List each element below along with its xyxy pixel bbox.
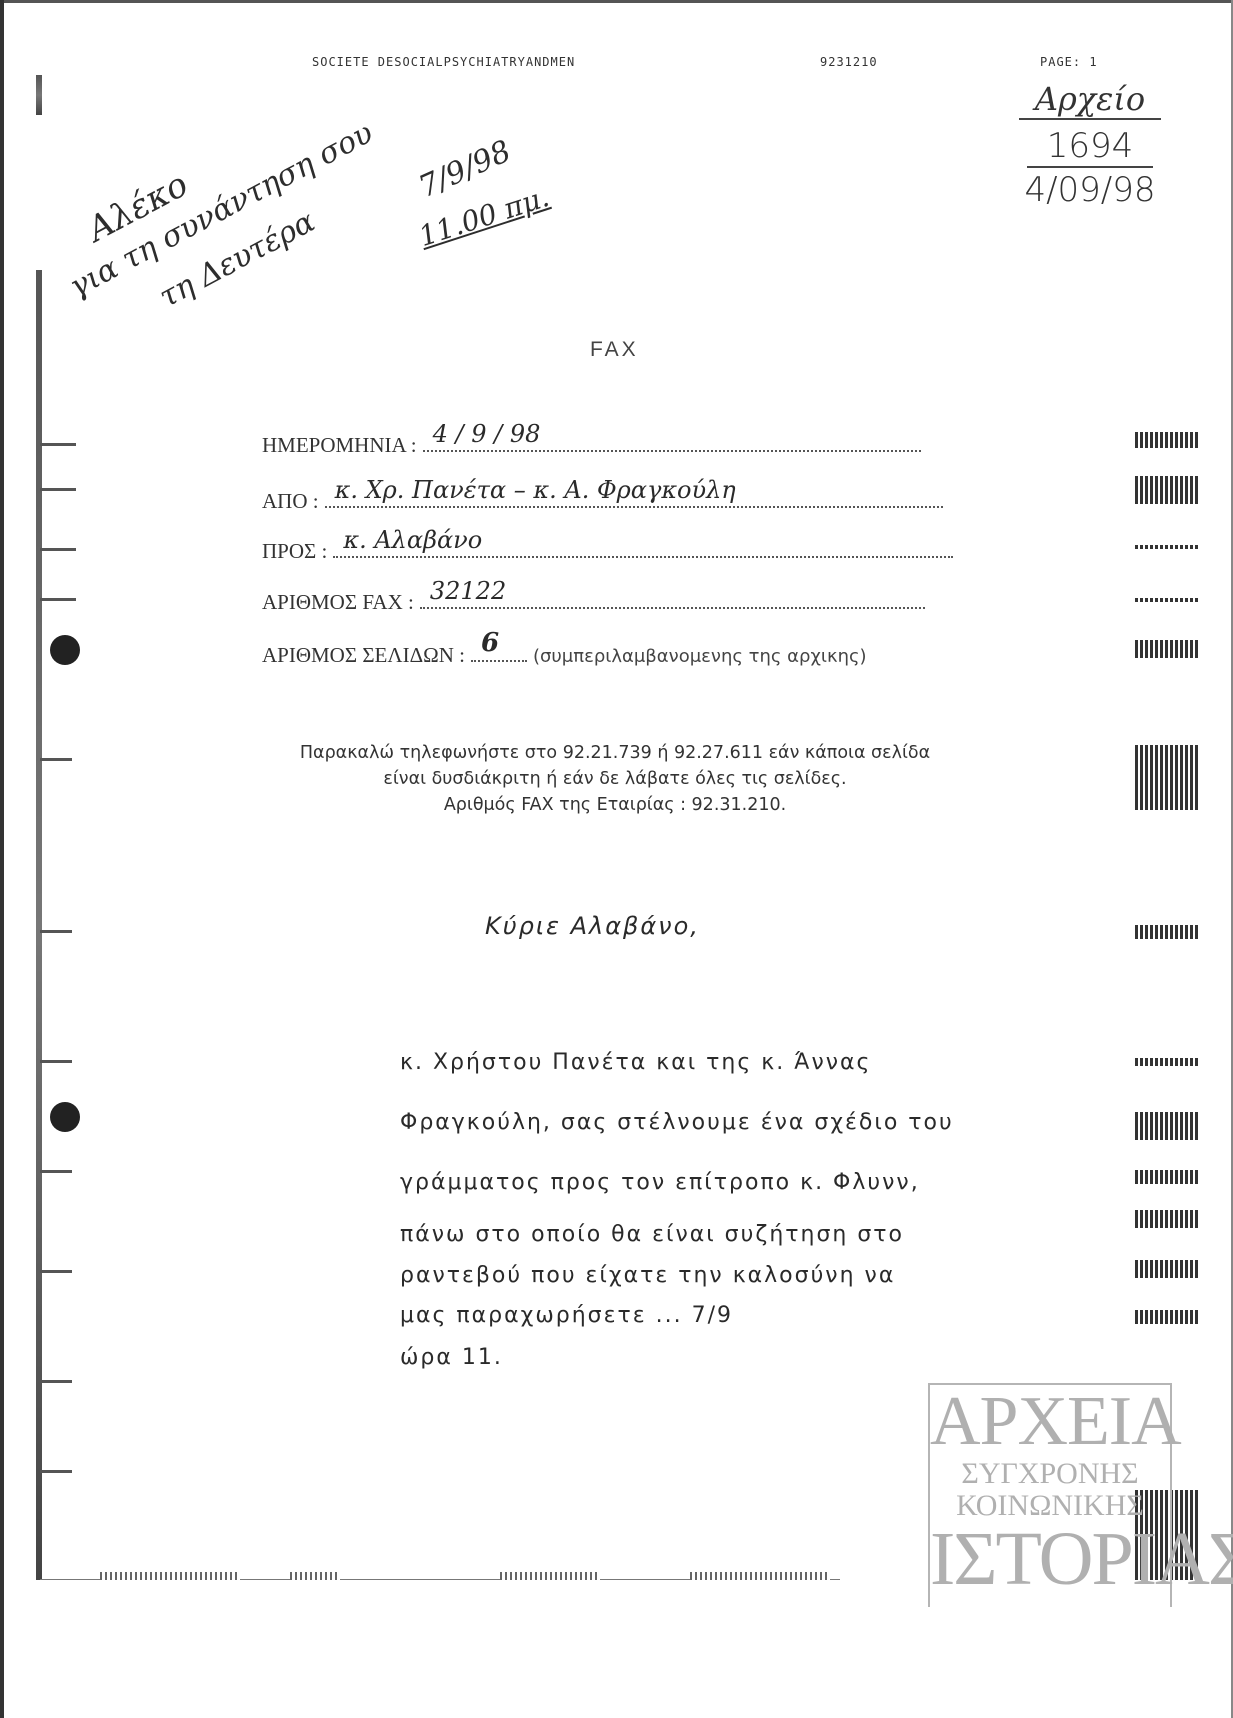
scan-noise — [1135, 640, 1199, 658]
scan-noise — [1135, 476, 1199, 504]
fax-number-value: 32122 — [430, 577, 506, 605]
scan-noise — [1135, 432, 1199, 448]
date-value: 4 / 9 / 98 — [433, 420, 541, 448]
notice-line: Παρακαλώ τηλεφωνήστε στο 92.21.739 ή 92.… — [220, 740, 1010, 766]
transmission-notice: Παρακαλώ τηλεφωνήστε στο 92.21.739 ή 92.… — [220, 740, 1010, 818]
fax-sender-id: SOCIETE DESOCIALPSYCHIATRYANDMEN — [312, 55, 575, 69]
scan-noise — [40, 1380, 72, 1383]
to-field: κ. Αλαβάνο — [333, 534, 953, 558]
scan-noise — [1135, 1260, 1199, 1278]
pages-field: 6 — [471, 638, 527, 662]
scan-noise — [1135, 1310, 1199, 1324]
watermark-line: ΙΣΤΟΡΙΑΣ — [930, 1521, 1170, 1597]
archive-date: 4/09/98 — [990, 170, 1190, 210]
scan-noise — [1135, 1058, 1199, 1066]
scan-noise — [40, 598, 76, 601]
letter-line: γράμματος προς τον επίτροπο κ. Φλυνν, — [400, 1170, 920, 1195]
letter-salutation: Κύριε Αλαβάνο, — [485, 912, 700, 940]
letter-line: πάνω στο οποίο θα είναι συζήτηση στο — [400, 1222, 904, 1247]
scan-noise — [1135, 1112, 1199, 1140]
notice-line: είναι δυσδιάκριτη ή εάν δε λάβατε όλες τ… — [220, 766, 1010, 792]
scan-noise — [40, 488, 76, 491]
scan-noise — [40, 1060, 72, 1063]
scan-noise — [500, 1572, 600, 1580]
scan-noise — [1135, 1170, 1199, 1184]
archive-number: 1694 — [1027, 126, 1154, 168]
form-row-date: ΗΜΕΡΟΜΗΝΙΑ : 4 / 9 / 98 — [262, 428, 921, 458]
archive-watermark-logo: ΑΡΧΕΙΑ ΣΥΓΧΡΟΝΗΣ ΚΟΙΝΩΝΙΚΗΣ ΙΣΤΟΡΙΑΣ — [928, 1383, 1172, 1607]
scan-noise — [40, 443, 76, 446]
scan-noise — [1135, 745, 1199, 810]
date-field: 4 / 9 / 98 — [423, 428, 921, 452]
fax-number-field: 32122 — [420, 585, 925, 609]
scan-noise — [1135, 598, 1199, 602]
scan-noise — [40, 1470, 72, 1473]
from-label: ΑΠΟ : — [262, 489, 319, 514]
scan-border-top — [0, 0, 1233, 3]
from-field: κ. Χρ. Πανέτα – κ. Α. Φραγκούλη — [325, 484, 943, 508]
scan-noise — [100, 1572, 240, 1580]
to-label: ΠΡΟΣ : — [262, 539, 327, 564]
scan-noise — [1135, 545, 1199, 549]
watermark-line: ΣΥΓΧΡΟΝΗΣ — [930, 1459, 1170, 1489]
scan-noise — [1135, 925, 1199, 939]
notice-line: Αριθμός FAX της Εταιρίας : 92.31.210. — [220, 792, 1010, 818]
scan-noise — [690, 1572, 830, 1580]
letter-line: Φραγκούλη, σας στέλνουμε ένα σχέδιο του — [400, 1110, 954, 1135]
scan-noise — [40, 1270, 72, 1273]
watermark-line: ΑΡΧΕΙΑ — [930, 1387, 1170, 1457]
date-label: ΗΜΕΡΟΜΗΝΙΑ : — [262, 433, 417, 458]
form-row-to: ΠΡΟΣ : κ. Αλαβάνο — [262, 534, 953, 564]
document-title: FAX — [590, 338, 639, 362]
fax-sender-number: 9231210 — [820, 55, 878, 69]
from-value: κ. Χρ. Πανέτα – κ. Α. Φραγκούλη — [335, 476, 736, 504]
scan-noise — [290, 1572, 340, 1580]
form-row-pages: ΑΡΙΘΜΟΣ ΣΕΛΙΔΩΝ : 6 (συμπεριλαμβανομενης… — [262, 638, 867, 668]
pages-note: (συμπεριλαμβανομενης της αρχικης) — [533, 646, 867, 667]
to-value: κ. Αλαβάνο — [343, 526, 482, 554]
scan-noise — [1135, 1210, 1199, 1228]
fax-number-label: ΑΡΙΘΜΟΣ FAX : — [262, 590, 414, 615]
letter-line: μας παραχωρήσετε ... 7/9 — [400, 1303, 733, 1328]
punch-hole — [50, 1102, 80, 1132]
fax-page-indicator: PAGE: 1 — [1040, 55, 1098, 69]
archive-title: Αρχείο — [1019, 80, 1161, 120]
scan-noise — [36, 270, 42, 1580]
pages-value: 6 — [481, 628, 499, 658]
form-row-fax-number: ΑΡΙΘΜΟΣ FAX : 32122 — [262, 585, 925, 615]
scan-noise — [36, 75, 42, 115]
scan-noise — [40, 548, 76, 551]
scan-noise — [40, 930, 72, 933]
letter-line: κ. Χρήστου Πανέτα και της κ. Άννας — [400, 1050, 871, 1075]
scan-noise — [40, 1170, 72, 1173]
letter-line: ώρα 11. — [400, 1345, 503, 1370]
punch-hole — [50, 635, 80, 665]
letter-line: ραντεβού που είχατε την καλοσύνη να — [400, 1263, 895, 1288]
handwritten-note: Αλέκο για τη συνάντηση σου τη Δευτέρα 7/… — [60, 70, 700, 330]
archive-stamp: Αρχείο 1694 4/09/98 — [990, 80, 1190, 210]
pages-label: ΑΡΙΘΜΟΣ ΣΕΛΙΔΩΝ : — [262, 643, 465, 668]
form-row-from: ΑΠΟ : κ. Χρ. Πανέτα – κ. Α. Φραγκούλη — [262, 484, 943, 514]
scan-border-left — [0, 0, 4, 1718]
scan-noise — [40, 758, 72, 761]
